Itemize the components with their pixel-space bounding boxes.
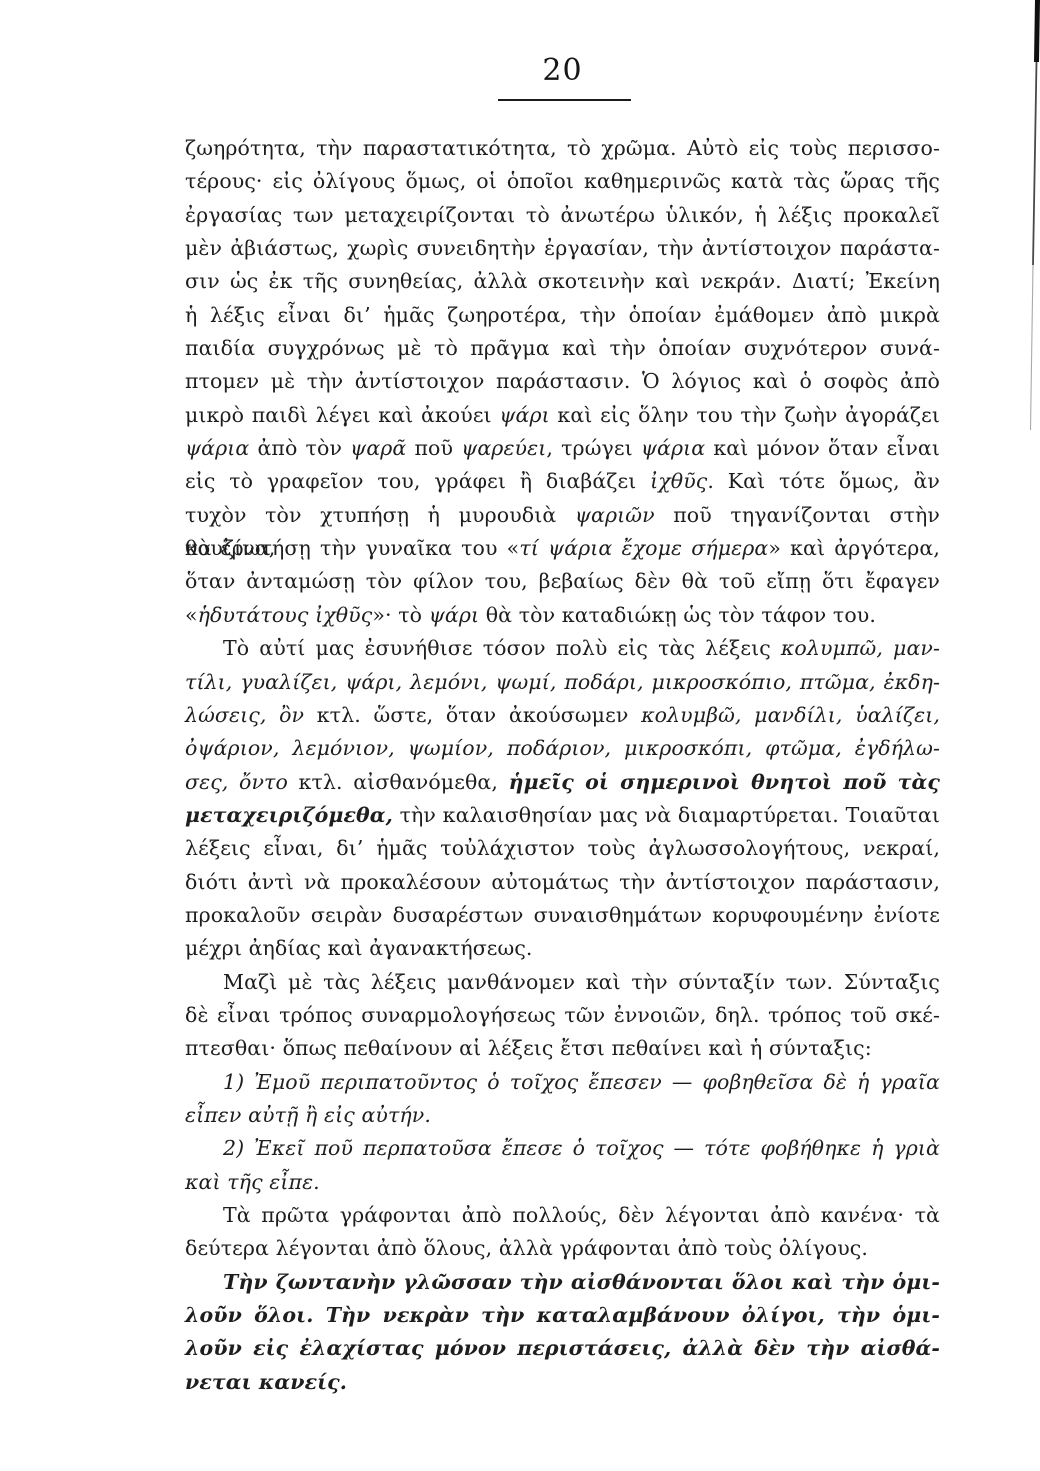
text-block: ζωηρότητα, τὴν παραστατικότητα, τὸ χρῶμα… [185, 132, 940, 1399]
italic-run: ψάρι [499, 403, 549, 427]
text-line: σες, ὄντο κτλ. αἰσθανόμεθα, ἡμεῖς οἱ σημ… [185, 766, 940, 799]
text-run: διότι ἀντὶ νὰ προκαλέσουν αὐτομάτως τὴν … [185, 870, 940, 894]
italic-run: ψάρια [641, 436, 705, 460]
text-line: λώσεις, ὂν κτλ. ὥστε, ὅταν ἀκούσωμεν κολ… [185, 699, 940, 732]
italic-run: τί ψάρια ἔχομε σήμερα [519, 536, 768, 560]
text-line: ἡ λέξις εἶναι δι’ ἡμᾶς ζωηροτέρα, τὴν ὁπ… [185, 299, 940, 332]
italic-run: ὀψάριον, λεμόνιον, ψωμίον, ποδάριον, μικ… [185, 736, 940, 760]
text-line: παιδία συγχρόνως μὲ τὸ πρᾶγμα καὶ τὴν ὁπ… [185, 332, 940, 365]
text-line: ἐργασίας των μεταχειρίζονται τὸ ἀνωτέρω … [185, 199, 940, 232]
italic-run: 2) Ἐκεῖ ποῦ περπατοῦσα ἔπεσε ὁ τοῖχος — … [223, 1136, 940, 1160]
scanned-book-page: 20 ζωηρότητα, τὴν παραστατικότητα, τὸ χρ… [0, 0, 1040, 1471]
text-line: 2) Ἐκεῖ ποῦ περπατοῦσα ἔπεσε ὁ τοῖχος — … [185, 1132, 940, 1165]
text-line: σιν ὡς ἐκ τῆς συνηθείας, ἀλλὰ σκοτεινὴν … [185, 265, 940, 298]
text-line: Μαζὶ μὲ τὰς λέξεις μανθάνομεν καὶ τὴν σύ… [185, 966, 940, 999]
italic-run: ψαριῶν [575, 503, 655, 527]
text-run: τὴν καλαισθησίαν μας νὰ διαμαρτύρεται. Τ… [393, 803, 940, 827]
text-run: παιδία συγχρόνως μὲ τὸ πρᾶγμα καὶ τὴν ὁπ… [185, 336, 940, 360]
text-run: ὅταν ἀνταμώσῃ τὸν φίλον του, βεβαίως δὲν… [185, 569, 940, 593]
italic-run: κολυμπῶ, μαν- [781, 636, 940, 660]
text-run: « [185, 603, 198, 627]
text-run: θὰ τὸν καταδιώκῃ ὡς τὸν τάφον του. [479, 603, 876, 627]
text-run: σιν ὡς ἐκ τῆς συνηθείας, ἀλλὰ σκοτεινὴν … [185, 269, 940, 293]
bold-italic-run: λοῦν ὅλοι. Τὴν νεκρὰν τὴν καταλαμβάνουν … [185, 1303, 940, 1327]
text-run: θὰ ἐρωτήσῃ τὴν γυναῖκα του « [185, 536, 519, 560]
text-line: τίλι, γυαλίζει, ψάρι, λεμόνι, ψωμί, ποδά… [185, 666, 940, 699]
bold-italic-run: λοῦν εἰς ἐλαχίστας μόνον περιστάσεις, ἀλ… [185, 1336, 940, 1360]
text-line: 1) Ἐμοῦ περιπατοῦντος ὁ τοῖχος ἔπεσεν — … [185, 1066, 940, 1099]
italic-run: ψάρι [429, 603, 479, 627]
bold-italic-run: μεταχειριζόμεθα, [185, 803, 393, 827]
text-run: Μαζὶ μὲ τὰς λέξεις μανθάνομεν καὶ τὴν σύ… [223, 970, 940, 994]
text-run: κτλ. αἰσθανόμεθα, [288, 770, 509, 794]
text-line: νεται κανείς. [185, 1366, 940, 1399]
text-line: δεύτερα λέγονται ἀπὸ ὅλους, ἀλλὰ γράφοντ… [185, 1232, 940, 1265]
italic-run: λώσεις, ὂν [185, 703, 304, 727]
text-run: καὶ μόνον ὅταν εἶναι [705, 436, 940, 460]
text-line: εἶπεν αὐτῇ ἢ εἰς αὐτήν. [185, 1099, 940, 1132]
text-run: ἐργασίας των μεταχειρίζονται τὸ ἀνωτέρω … [185, 203, 940, 227]
text-run: ζωηρότητα, τὴν παραστατικότητα, τὸ χρῶμα… [185, 136, 940, 160]
text-run: ποῦ [406, 436, 461, 460]
text-line: Τὰ πρῶτα γράφονται ἀπὸ πολλούς, δὲν λέγο… [185, 1199, 940, 1232]
text-run: προκαλοῦν σειρὰν δυσαρέστων συναισθημάτω… [185, 903, 940, 927]
text-line: διότι ἀντὶ νὰ προκαλέσουν αὐτομάτως τὴν … [185, 866, 940, 899]
italic-run: ἡδυτάτους ἰχθῦς [198, 603, 373, 627]
text-line: τυχὸν τὸν χτυπήσῃ ἡ μυρουδιὰ ψαριῶν ποῦ … [185, 499, 940, 532]
text-run: δὲ εἶναι τρόπος συναρμολογήσεως τῶν ἐννο… [185, 1003, 940, 1027]
text-line: λοῦν εἰς ἐλαχίστας μόνον περιστάσεις, ἀλ… [185, 1332, 940, 1365]
text-line: πτομεν μὲ τὴν ἀντίστοιχον παράστασιν. Ὁ … [185, 365, 940, 398]
text-run: εἰς τὸ γραφεῖον του, γράφει ἢ διαβάζει [185, 469, 650, 493]
text-run: πτεσθαι· ὅπως πεθαίνουν αἱ λέξεις ἔτσι π… [185, 1036, 872, 1060]
italic-run: κολυμβῶ, μανδίλι, ὑαλίζει, [641, 703, 940, 727]
text-line: δὲ εἶναι τρόπος συναρμολογήσεως τῶν ἐννο… [185, 999, 940, 1032]
text-run: »· τὸ [372, 603, 428, 627]
text-run: . Καὶ τότε ὅμως, ἂν [707, 469, 940, 493]
italic-run: τίλι, γυαλίζει, ψάρι, λεμόνι, ψωμί, ποδά… [185, 670, 940, 694]
italic-run: ψαρεύει [461, 436, 546, 460]
italic-run: ψαρᾶ [350, 436, 406, 460]
text-line: τέρους· εἰς ὀλίγους ὅμως, οἱ ὁποῖοι καθη… [185, 165, 940, 198]
text-line: Τὴν ζωντανὴν γλῶσσαν τὴν αἰσθάνονται ὅλο… [185, 1266, 940, 1299]
text-run: , τρώγει [546, 436, 640, 460]
text-run: δεύτερα λέγονται ἀπὸ ὅλους, ἀλλὰ γράφοντ… [185, 1236, 868, 1260]
italic-run: ἰχθῦς [650, 469, 707, 493]
text-line: λέξεις εἶναι, δι’ ἡμᾶς τοὐλάχιστον τοὺς … [185, 832, 940, 865]
italic-run: εἶπεν αὐτῇ ἢ εἰς αὐτήν. [185, 1103, 431, 1127]
page-number: 20 [185, 54, 940, 88]
text-run: μέχρι ἀηδίας καὶ ἀγανακτήσεως. [185, 936, 533, 960]
text-run: λέξεις εἶναι, δι’ ἡμᾶς τοὐλάχιστον τοὺς … [185, 836, 940, 860]
text-run: Τὸ αὐτί μας ἐσυνήθισε τόσον πολὺ εἰς τὰς… [223, 636, 781, 660]
text-line: ψάρια ἀπὸ τὸν ψαρᾶ ποῦ ψαρεύει, τρώγει ψ… [185, 432, 940, 465]
italic-run: σες, ὄντο [185, 770, 288, 794]
text-run: πτομεν μὲ τὴν ἀντίστοιχον παράστασιν. Ὁ … [185, 369, 940, 393]
text-line: προκαλοῦν σειρὰν δυσαρέστων συναισθημάτω… [185, 899, 940, 932]
text-line: μέχρι ἀηδίας καὶ ἀγανακτήσεως. [185, 932, 940, 965]
text-run: » καὶ ἀργότερα, [768, 536, 940, 560]
text-line: μεταχειριζόμεθα, τὴν καλαισθησίαν μας νὰ… [185, 799, 940, 832]
text-run: μικρὸ παιδὶ λέγει καὶ ἀκούει [185, 403, 499, 427]
text-line: ὀψάριον, λεμόνιον, ψωμίον, ποδάριον, μικ… [185, 732, 940, 765]
italic-run: ψάρια [185, 436, 249, 460]
text-run: Τὰ πρῶτα γράφονται ἀπὸ πολλούς, δὲν λέγο… [223, 1203, 940, 1227]
scan-edge-artifact [1010, 0, 1040, 440]
text-run: μὲν ἀβιάστως, χωρὶς συνειδητὴν ἐργασίαν,… [185, 236, 940, 260]
text-run: κτλ. ὥστε, ὅταν ἀκούσωμεν [304, 703, 641, 727]
text-line: μικρὸ παιδὶ λέγει καὶ ἀκούει ψάρι καὶ εἰ… [185, 399, 940, 432]
text-line: καὶ τῆς εἶπε. [185, 1166, 940, 1199]
text-run: τυχὸν τὸν χτυπήσῃ ἡ μυρουδιὰ [185, 503, 575, 527]
text-line: μὲν ἀβιάστως, χωρὶς συνειδητὴν ἐργασίαν,… [185, 232, 940, 265]
bold-italic-run: Τὴν ζωντανὴν γλῶσσαν τὴν αἰσθάνονται ὅλο… [223, 1270, 940, 1294]
text-line: «ἡδυτάτους ἰχθῦς»· τὸ ψάρι θὰ τὸν καταδι… [185, 599, 940, 632]
text-line: Τὸ αὐτί μας ἐσυνήθισε τόσον πολὺ εἰς τὰς… [185, 632, 940, 665]
bold-italic-run: ἡμεῖς οἱ σημερινοὶ θνητοὶ ποῦ τὰς [509, 770, 940, 794]
text-run: ἀπὸ τὸν [249, 436, 350, 460]
text-line: πτεσθαι· ὅπως πεθαίνουν αἱ λέξεις ἔτσι π… [185, 1032, 940, 1065]
text-line: εἰς τὸ γραφεῖον του, γράφει ἢ διαβάζει ἰ… [185, 465, 940, 498]
text-line: ὅταν ἀνταμώσῃ τὸν φίλον του, βεβαίως δὲν… [185, 565, 940, 598]
italic-run: καὶ τῆς εἶπε. [185, 1170, 320, 1194]
text-line: θὰ ἐρωτήσῃ τὴν γυναῖκα του «τί ψάρια ἔχο… [185, 532, 940, 565]
bold-italic-run: νεται κανείς. [185, 1370, 347, 1394]
text-line: ζωηρότητα, τὴν παραστατικότητα, τὸ χρῶμα… [185, 132, 940, 165]
page-number-rule [498, 99, 631, 101]
text-line: λοῦν ὅλοι. Τὴν νεκρὰν τὴν καταλαμβάνουν … [185, 1299, 940, 1332]
italic-run: 1) Ἐμοῦ περιπατοῦντος ὁ τοῖχος ἔπεσεν — … [223, 1070, 940, 1094]
text-run: καὶ εἰς ὅλην του τὴν ζωὴν ἀγοράζει [550, 403, 940, 427]
text-run: ἡ λέξις εἶναι δι’ ἡμᾶς ζωηροτέρα, τὴν ὁπ… [185, 303, 940, 327]
text-run: τέρους· εἰς ὀλίγους ὅμως, οἱ ὁποῖοι καθη… [185, 169, 940, 193]
